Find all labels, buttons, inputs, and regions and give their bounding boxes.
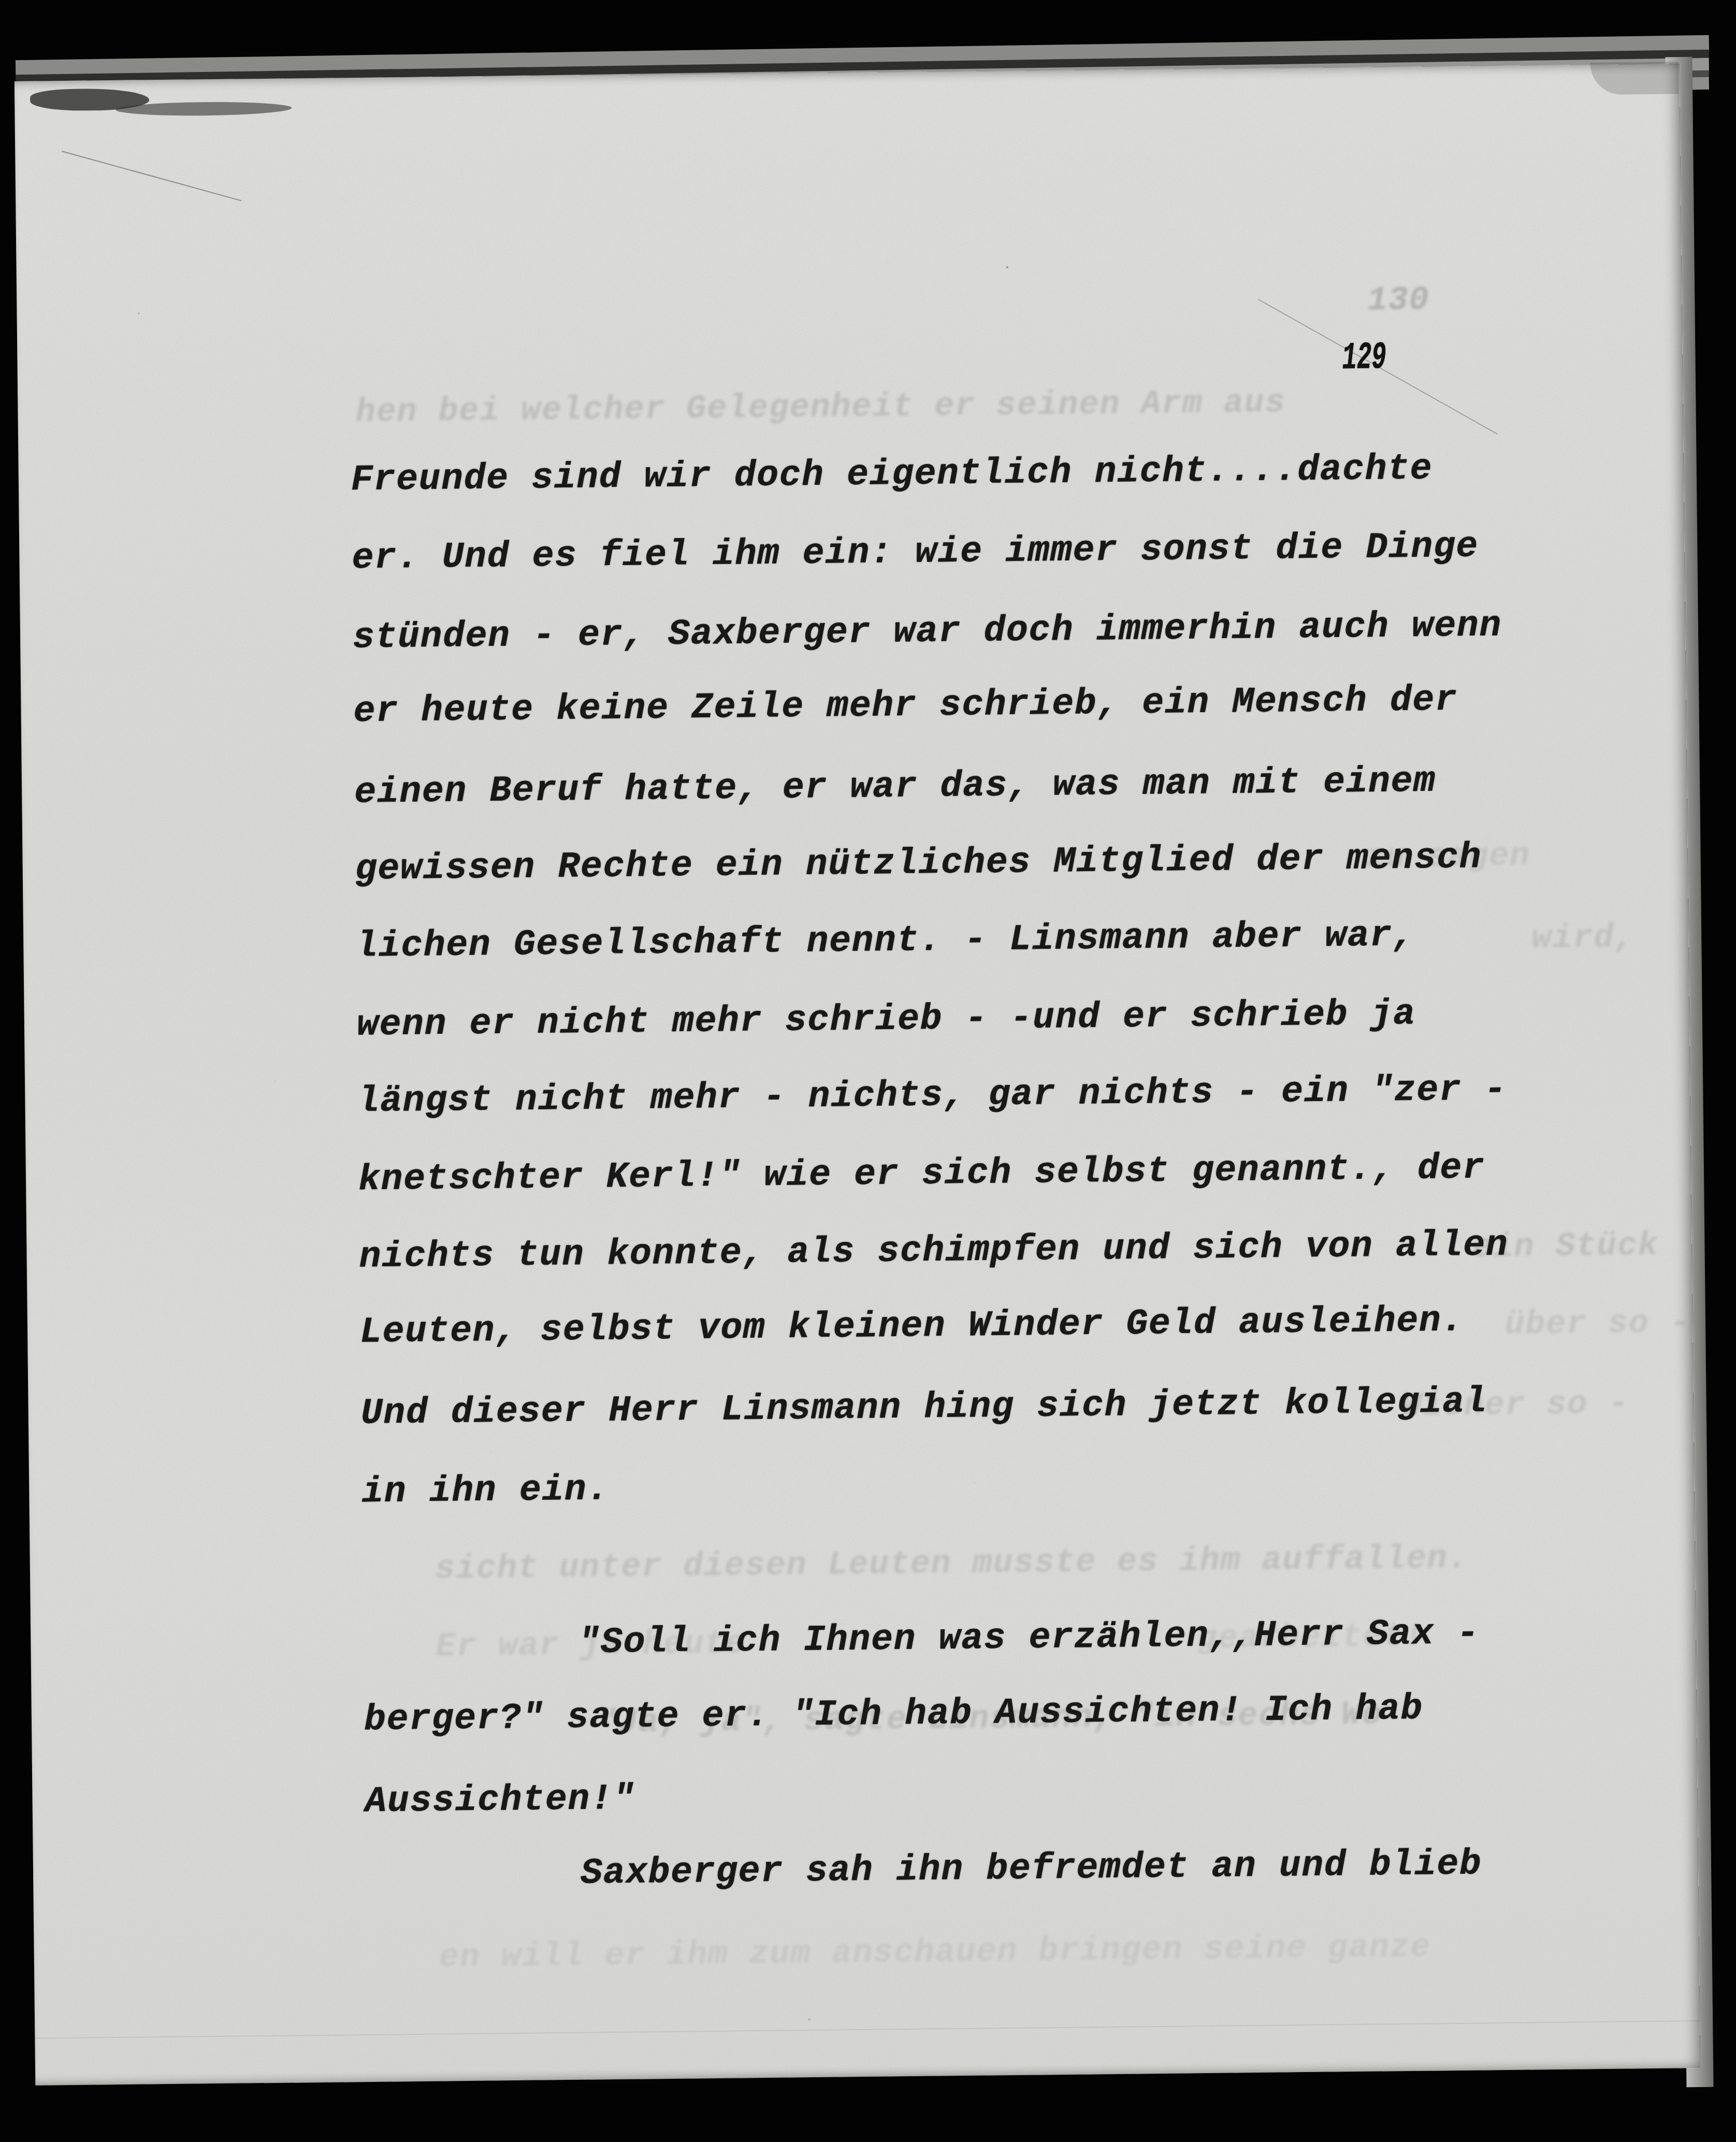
bleedthrough-text: wird, [1531,921,1635,956]
manuscript-page: 129 Freunde sind wir doch eigentlich nic… [15,64,1702,2085]
bleedthrough-text: en will er ihm zum anschauen bringen sei… [439,1931,1431,1975]
dogear-shadow [1590,62,1679,95]
paper-speck [808,2018,811,2021]
typescript-line: er heute keine Zeile mehr schrieb, ein M… [353,660,1597,751]
bleedthrough-text: Wiener so - [1401,1387,1629,1423]
bleedthrough-text: ein Stück [1472,1229,1659,1265]
typescript-line: einen Beruf hatte, er war das, was man m… [354,742,1597,832]
bleedthrough-text: zu sagen [1365,840,1530,874]
typescript-line: Saxberger sah ihn befremdet an und blieb [365,1825,1609,1915]
typescript-line: längst nicht mehr - nichts, gar nichts -… [357,1050,1601,1141]
bleedthrough-text: über so - [1504,1307,1691,1342]
paper-speck [138,313,139,314]
typescript-line: Leuten, selbst vom kleinen Winder Geld a… [359,1281,1603,1372]
typescript-line: wenn er nicht mehr schrieb - -und er sch… [356,974,1600,1065]
paper-speck [1006,266,1008,268]
bleedthrough-text: "Ja, ja", sagte Linsmann, "in sechs Wo - [597,1698,1424,1740]
bleedthrough-text: Er war ja heute [436,1627,746,1663]
bleedthrough-text: gearbeitet! [1197,1620,1425,1656]
paper-crease [62,151,242,201]
bleedthrough-text: hen bei welcher Gelegenheit er seinen Ar… [355,386,1285,429]
page-number: 129 [1342,336,1386,380]
scanned-manuscript-page: 129 Freunde sind wir doch eigentlich nic… [0,0,1736,2142]
scan-artifact-line [35,2020,1700,2039]
typescript-line: Freunde sind wir doch eigentlich nicht..… [351,429,1594,519]
typescript-line: er. Und es fiel ihm ein: wie immer sonst… [352,507,1595,598]
typescript-line: lichen Gesellschaft nennt. - Linsmann ab… [356,895,1599,986]
typescript-line: in ihn ein. [361,1441,1605,1531]
typescript-line: knetschter Kerl!" wie er sich selbst gen… [358,1128,1601,1219]
bleedthrough-text: 130 [1367,284,1429,317]
